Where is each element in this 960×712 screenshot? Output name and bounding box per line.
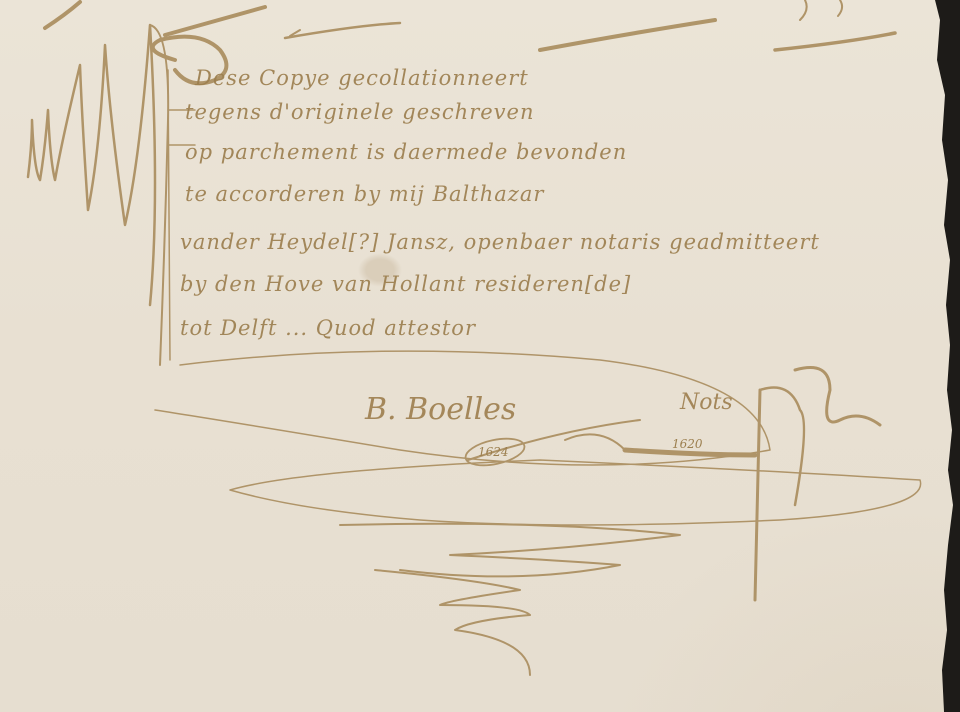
text-line-3: op parchement is daermede bevonden [185, 140, 627, 164]
text-line-4: te accorderen by mij Balthazar [185, 182, 544, 206]
text-line-6: by den Hove van Hollant resideren[de] [180, 272, 631, 296]
text-line-2: tegens d'originele geschreven [185, 100, 534, 124]
text-line-7: tot Delft ... Quod attestor [180, 316, 476, 340]
date-right: 1620 [672, 437, 703, 451]
signature-name: B. Boelles [365, 392, 516, 427]
date-left: 1624 [478, 445, 509, 459]
signature-title: Nots [680, 390, 733, 415]
text-line-1: Dese Copye gecollationneert [195, 66, 529, 90]
text-line-5: vander Heydel[?] Jansz, openbaer notaris… [180, 230, 820, 254]
